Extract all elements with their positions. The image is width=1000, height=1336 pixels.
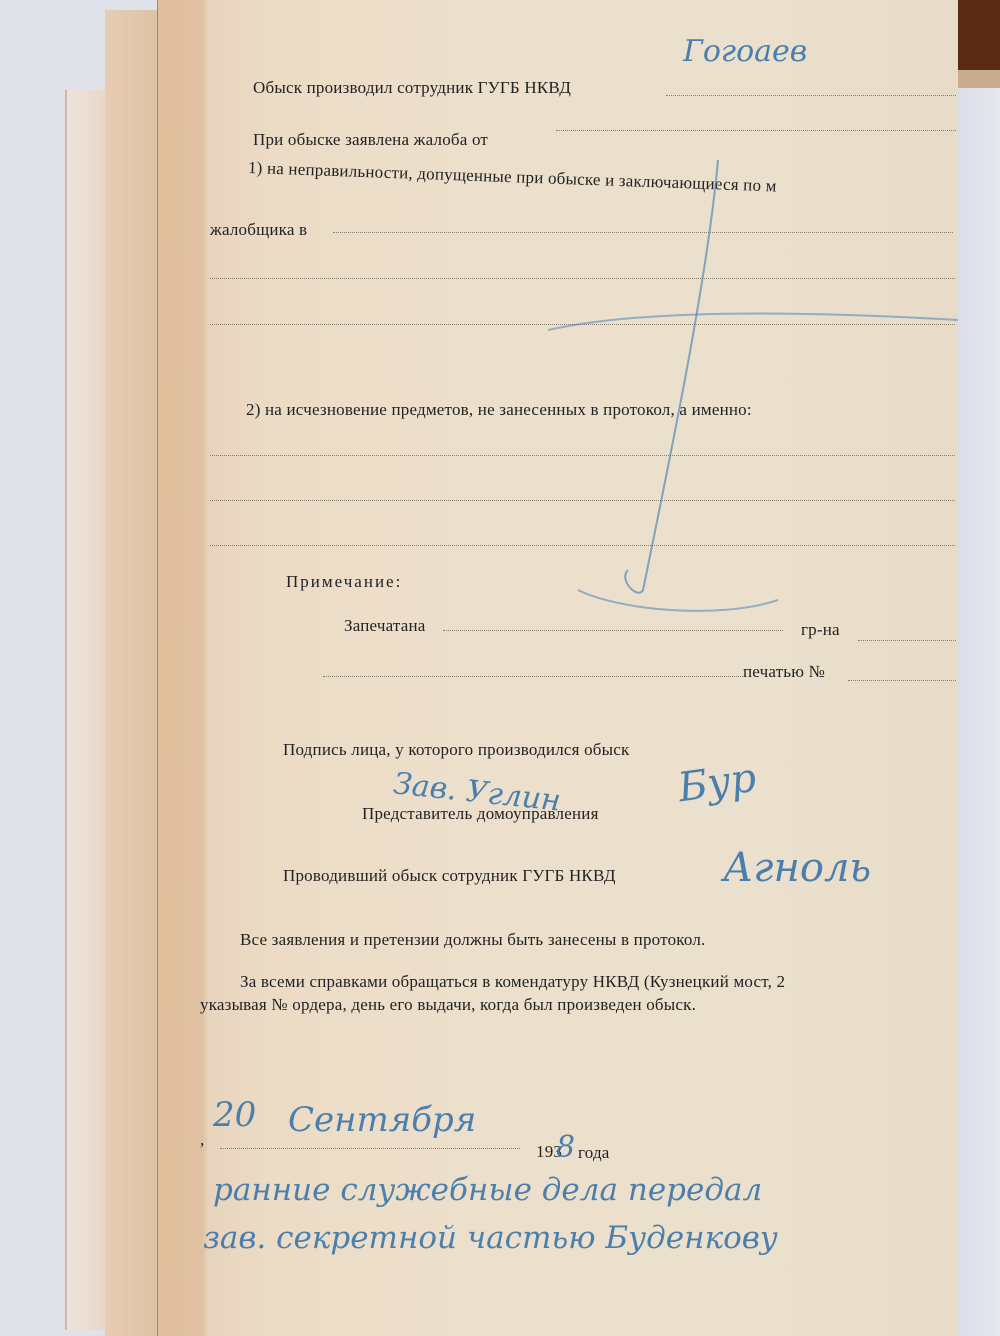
fill-line bbox=[443, 630, 783, 631]
sealed-label: Запечатана bbox=[344, 616, 426, 636]
date-comma: , bbox=[200, 1130, 204, 1150]
year-suffix: года bbox=[578, 1143, 610, 1163]
complaint-from-label: При обыске заявлена жалоба от bbox=[253, 130, 488, 150]
fill-line bbox=[858, 640, 956, 641]
signature-person-label: Подпись лица, у которого производился об… bbox=[283, 740, 629, 760]
search-protocol-page: Обыск производил сотрудник ГУГБ НКВД Гог… bbox=[157, 0, 958, 1336]
search-by-label: Обыск производил сотрудник ГУГБ НКВД bbox=[253, 78, 571, 98]
inquiries-line-2: указывая № ордера, день его выдачи, когд… bbox=[200, 995, 696, 1015]
statements-notice: Все заявления и претензии должны быть за… bbox=[240, 930, 705, 950]
officer-label: Проводивший обыск сотрудник ГУГБ НКВД bbox=[283, 866, 616, 886]
seal-number-label: печатью № bbox=[743, 662, 825, 682]
fill-line bbox=[666, 95, 956, 96]
handwritten-officer-name: Гогоаев bbox=[683, 34, 807, 69]
handwritten-note-line-1: ранние служебные дела передал bbox=[213, 1172, 762, 1208]
note-label: Примечание: bbox=[286, 572, 402, 592]
handwritten-date-day: 20 bbox=[213, 1095, 256, 1135]
handwritten-note-line-2: зав. секретной частью Буденкову bbox=[203, 1220, 778, 1256]
inquiries-line-1: За всеми справками обращаться в комендат… bbox=[240, 972, 785, 992]
handwritten-date-month: Сентября bbox=[288, 1100, 476, 1140]
fill-line bbox=[220, 1148, 520, 1149]
handwritten-signature-1: Бур bbox=[675, 755, 759, 811]
handwritten-signature-2: Агноль bbox=[723, 845, 871, 891]
fill-line bbox=[848, 680, 956, 681]
item1-cont-label: жалобщика в bbox=[210, 220, 307, 240]
fill-line bbox=[323, 676, 743, 677]
citizen-label: гр-на bbox=[801, 620, 840, 640]
handwritten-strikethrough-mark bbox=[538, 120, 978, 620]
handwritten-year-digit: 8 bbox=[556, 1130, 575, 1165]
